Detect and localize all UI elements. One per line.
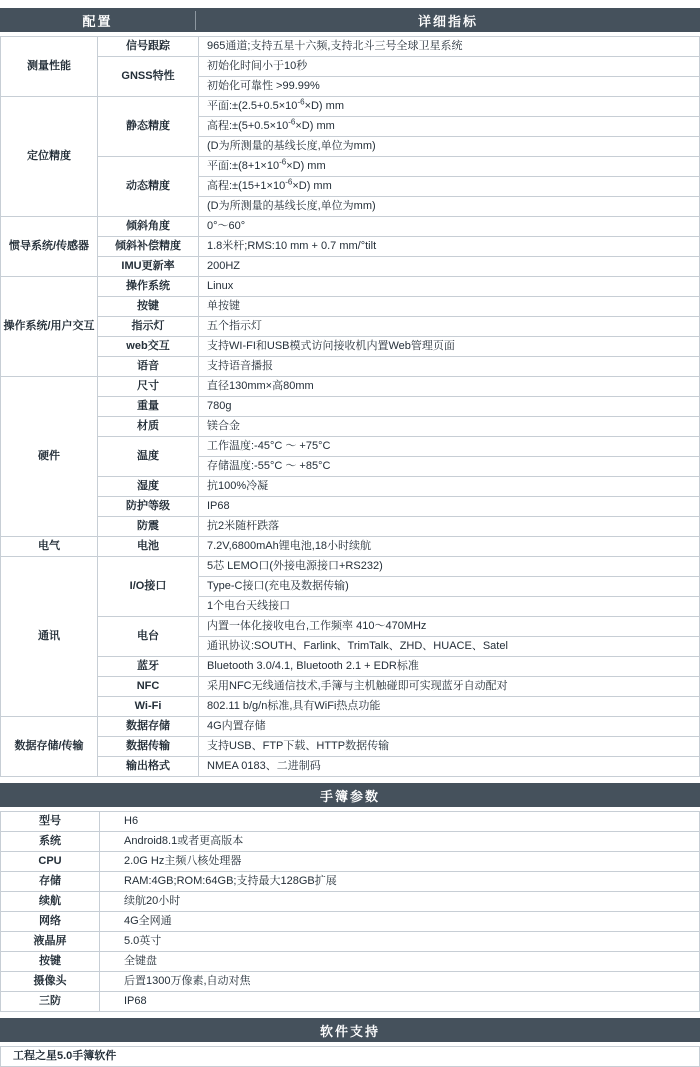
spec-sheet-page: 配置 详细指标 测量性能信号跟踪965通道;支持五星十六频,支持北斗三号全球卫星… <box>0 0 700 1067</box>
spec-label-cell: 蓝牙 <box>98 657 199 677</box>
spec-value-cell: 平面:±(8+1×10-6×D) mm <box>199 157 700 177</box>
exponent-superscript: -6 <box>279 157 286 166</box>
spec-row: 电台内置一体化接收电台,工作频率 410～470MHz <box>1 617 700 637</box>
spec-category-cell: 操作系统/用户交互 <box>1 277 98 377</box>
software-support-title: 软件支持 <box>0 1021 700 1040</box>
spec-value-cell: 单按键 <box>199 297 700 317</box>
spec-value-cell: 通讯协议:SOUTH、Farlink、TrimTalk、ZHD、HUACE、Sa… <box>199 637 700 657</box>
handheld-value-cell: RAM:4GB;ROM:64GB;支持最大128GB扩展 <box>100 872 700 892</box>
spec-value-cell: Bluetooth 3.0/4.1, Bluetooth 2.1 + EDR标准 <box>199 657 700 677</box>
spec-category-cell: 测量性能 <box>1 37 98 97</box>
handheld-label-cell: 按键 <box>1 952 100 972</box>
spec-row: NFC采用NFC无线通信技术,手簿与主机触碰即可实现蓝牙自动配对 <box>1 677 700 697</box>
handheld-value-cell: H6 <box>100 812 700 832</box>
exponent-superscript: -6 <box>285 177 292 186</box>
spec-label-cell: 重量 <box>98 397 199 417</box>
spec-value-cell: 支持WI-FI和USB模式访问接收机内置Web管理页面 <box>199 337 700 357</box>
spec-value-cell: 高程:±(15+1×10-6×D) mm <box>199 177 700 197</box>
spec-value-cell: 200HZ <box>199 257 700 277</box>
spec-row: 防护等级IP68 <box>1 497 700 517</box>
spec-row: 蓝牙Bluetooth 3.0/4.1, Bluetooth 2.1 + EDR… <box>1 657 700 677</box>
spec-value-cell: 采用NFC无线通信技术,手簿与主机触碰即可实现蓝牙自动配对 <box>199 677 700 697</box>
spec-label-cell: NFC <box>98 677 199 697</box>
spec-row: 测量性能信号跟踪965通道;支持五星十六频,支持北斗三号全球卫星系统 <box>1 37 700 57</box>
software-support-bar: 软件支持 <box>0 1018 700 1042</box>
spec-label-cell: 指示灯 <box>98 317 199 337</box>
spec-value-cell: 1个电台天线接口 <box>199 597 700 617</box>
spec-label-cell: 电池 <box>98 537 199 557</box>
spec-label-cell: 动态精度 <box>98 157 199 217</box>
software-row: 工程之星5.0手簿软件 <box>1 1047 700 1067</box>
spec-value-cell: 4G内置存储 <box>199 717 700 737</box>
main-spec-table: 测量性能信号跟踪965通道;支持五星十六频,支持北斗三号全球卫星系统GNSS特性… <box>0 36 700 777</box>
spec-value-cell: 内置一体化接收电台,工作频率 410～470MHz <box>199 617 700 637</box>
spec-label-cell: 输出格式 <box>98 757 199 777</box>
spec-value-cell: 镁合金 <box>199 417 700 437</box>
spec-value-cell: (D为所测量的基线长度,单位为mm) <box>199 197 700 217</box>
spec-value-cell: 直径130mm×高80mm <box>199 377 700 397</box>
spec-label-cell: 倾斜补偿精度 <box>98 237 199 257</box>
spec-row: 电气电池7.2V,6800mAh锂电池,18小时续航 <box>1 537 700 557</box>
handheld-value-cell: 续航20小时 <box>100 892 700 912</box>
spec-row: IMU更新率200HZ <box>1 257 700 277</box>
spec-label-cell: 防震 <box>98 517 199 537</box>
spec-category-cell: 硬件 <box>1 377 98 537</box>
spec-row: 数据传输支持USB、FTP下载、HTTP数据传输 <box>1 737 700 757</box>
spec-value-cell: 平面:±(2.5+0.5×10-6×D) mm <box>199 97 700 117</box>
spec-label-cell: 操作系统 <box>98 277 199 297</box>
spec-row: 湿度抗100%冷凝 <box>1 477 700 497</box>
handheld-row: 网络4G全网通 <box>1 912 700 932</box>
handheld-value-cell: 全键盘 <box>100 952 700 972</box>
handheld-label-cell: 网络 <box>1 912 100 932</box>
spec-value-cell: 965通道;支持五星十六频,支持北斗三号全球卫星系统 <box>199 37 700 57</box>
spec-label-cell: 数据传输 <box>98 737 199 757</box>
spec-value-cell: 初始化可靠性 >99.99% <box>199 77 700 97</box>
spec-row: 防震抗2米随杆跌落 <box>1 517 700 537</box>
spec-value-cell: 初始化时间小于10秒 <box>199 57 700 77</box>
spec-label-cell: 湿度 <box>98 477 199 497</box>
spec-label-cell: 材质 <box>98 417 199 437</box>
handheld-row: 三防IP68 <box>1 992 700 1012</box>
exponent-superscript: -6 <box>288 117 295 126</box>
spec-value-cell: Linux <box>199 277 700 297</box>
spec-category-cell: 数据存储/传输 <box>1 717 98 777</box>
spec-row: 通讯I/O接口5芯 LEMO口(外接电源接口+RS232) <box>1 557 700 577</box>
software-table: 工程之星5.0手簿软件 <box>0 1046 700 1067</box>
spec-label-cell: IMU更新率 <box>98 257 199 277</box>
software-item-cell: 工程之星5.0手簿软件 <box>1 1047 700 1067</box>
spec-category-cell: 惯导系统/传感器 <box>1 217 98 277</box>
spec-value-cell: IP68 <box>199 497 700 517</box>
exponent-superscript: -6 <box>297 97 304 106</box>
spec-value-cell: 存储温度:-55°C ～ +85°C <box>199 457 700 477</box>
spec-row: 倾斜补偿精度1.8米杆;RMS:10 mm + 0.7 mm/°tilt <box>1 237 700 257</box>
spec-value-cell: 7.2V,6800mAh锂电池,18小时续航 <box>199 537 700 557</box>
detail-column-header: 详细指标 <box>196 11 700 30</box>
handheld-label-cell: 摄像头 <box>1 972 100 992</box>
handheld-params-table: 型号H6系统Android8.1或者更高版本CPU2.0G Hz主频八核处理器存… <box>0 811 700 1012</box>
handheld-row: 续航续航20小时 <box>1 892 700 912</box>
spec-label-cell: 温度 <box>98 437 199 477</box>
spec-value-cell: NMEA 0183、二进制码 <box>199 757 700 777</box>
spec-value-cell: 支持语音播报 <box>199 357 700 377</box>
spec-row: 操作系统/用户交互操作系统Linux <box>1 277 700 297</box>
spec-value-cell: Type-C接口(充电及数据传输) <box>199 577 700 597</box>
spec-table-header-bar: 配置 详细指标 <box>0 8 700 32</box>
spec-category-cell: 电气 <box>1 537 98 557</box>
spec-row: 惯导系统/传感器倾斜角度0°～60° <box>1 217 700 237</box>
spec-row: web交互支持WI-FI和USB模式访问接收机内置Web管理页面 <box>1 337 700 357</box>
handheld-label-cell: 三防 <box>1 992 100 1012</box>
spec-label-cell: 信号跟踪 <box>98 37 199 57</box>
spec-value-cell: 抗100%冷凝 <box>199 477 700 497</box>
handheld-value-cell: Android8.1或者更高版本 <box>100 832 700 852</box>
spec-label-cell: I/O接口 <box>98 557 199 617</box>
spec-value-cell: (D为所测量的基线长度,单位为mm) <box>199 137 700 157</box>
handheld-label-cell: 系统 <box>1 832 100 852</box>
spec-label-cell: GNSS特性 <box>98 57 199 97</box>
spec-row: 重量780g <box>1 397 700 417</box>
spec-label-cell: 电台 <box>98 617 199 657</box>
spec-label-cell: web交互 <box>98 337 199 357</box>
spec-category-cell: 通讯 <box>1 557 98 717</box>
spec-label-cell: 语音 <box>98 357 199 377</box>
spec-row: 按键单按键 <box>1 297 700 317</box>
handheld-label-cell: 型号 <box>1 812 100 832</box>
spec-row: 数据存储/传输数据存储4G内置存储 <box>1 717 700 737</box>
handheld-label-cell: 存储 <box>1 872 100 892</box>
handheld-params-bar: 手簿参数 <box>0 783 700 807</box>
spec-value-cell: 高程:±(5+0.5×10-6×D) mm <box>199 117 700 137</box>
spec-row: Wi-Fi802.11 b/g/n标准,具有WiFi热点功能 <box>1 697 700 717</box>
handheld-value-cell: IP68 <box>100 992 700 1012</box>
spec-row: GNSS特性初始化时间小于10秒 <box>1 57 700 77</box>
handheld-row: 存储RAM:4GB;ROM:64GB;支持最大128GB扩展 <box>1 872 700 892</box>
spec-label-cell: 按键 <box>98 297 199 317</box>
handheld-row: 液晶屏5.0英寸 <box>1 932 700 952</box>
handheld-label-cell: CPU <box>1 852 100 872</box>
spec-row: 硬件尺寸直径130mm×高80mm <box>1 377 700 397</box>
handheld-value-cell: 5.0英寸 <box>100 932 700 952</box>
handheld-params-title: 手簿参数 <box>0 786 700 805</box>
spec-label-cell: 防护等级 <box>98 497 199 517</box>
spec-value-cell: 抗2米随杆跌落 <box>199 517 700 537</box>
handheld-label-cell: 液晶屏 <box>1 932 100 952</box>
spec-value-cell: 0°～60° <box>199 217 700 237</box>
spec-value-cell: 支持USB、FTP下载、HTTP数据传输 <box>199 737 700 757</box>
handheld-value-cell: 4G全网通 <box>100 912 700 932</box>
handheld-row: 型号H6 <box>1 812 700 832</box>
handheld-row: 系统Android8.1或者更高版本 <box>1 832 700 852</box>
spec-row: 语音支持语音播报 <box>1 357 700 377</box>
spec-row: 材质镁合金 <box>1 417 700 437</box>
spec-value-cell: 802.11 b/g/n标准,具有WiFi热点功能 <box>199 697 700 717</box>
spec-row: 温度工作温度:-45°C ～ +75°C <box>1 437 700 457</box>
handheld-row: 摄像头后置1300万像素,自动对焦 <box>1 972 700 992</box>
spec-label-cell: 尺寸 <box>98 377 199 397</box>
spec-value-cell: 工作温度:-45°C ～ +75°C <box>199 437 700 457</box>
spec-value-cell: 780g <box>199 397 700 417</box>
handheld-row: CPU2.0G Hz主频八核处理器 <box>1 852 700 872</box>
spec-row: 指示灯五个指示灯 <box>1 317 700 337</box>
spec-row: 输出格式NMEA 0183、二进制码 <box>1 757 700 777</box>
handheld-row: 按键全键盘 <box>1 952 700 972</box>
spec-value-cell: 五个指示灯 <box>199 317 700 337</box>
spec-label-cell: 倾斜角度 <box>98 217 199 237</box>
handheld-value-cell: 后置1300万像素,自动对焦 <box>100 972 700 992</box>
spec-row: 动态精度平面:±(8+1×10-6×D) mm <box>1 157 700 177</box>
spec-row: 定位精度静态精度平面:±(2.5+0.5×10-6×D) mm <box>1 97 700 117</box>
spec-label-cell: Wi-Fi <box>98 697 199 717</box>
spec-label-cell: 数据存储 <box>98 717 199 737</box>
config-column-header: 配置 <box>0 11 196 30</box>
spec-category-cell: 定位精度 <box>1 97 98 217</box>
handheld-value-cell: 2.0G Hz主频八核处理器 <box>100 852 700 872</box>
spec-value-cell: 1.8米杆;RMS:10 mm + 0.7 mm/°tilt <box>199 237 700 257</box>
spec-value-cell: 5芯 LEMO口(外接电源接口+RS232) <box>199 557 700 577</box>
handheld-label-cell: 续航 <box>1 892 100 912</box>
spec-label-cell: 静态精度 <box>98 97 199 157</box>
